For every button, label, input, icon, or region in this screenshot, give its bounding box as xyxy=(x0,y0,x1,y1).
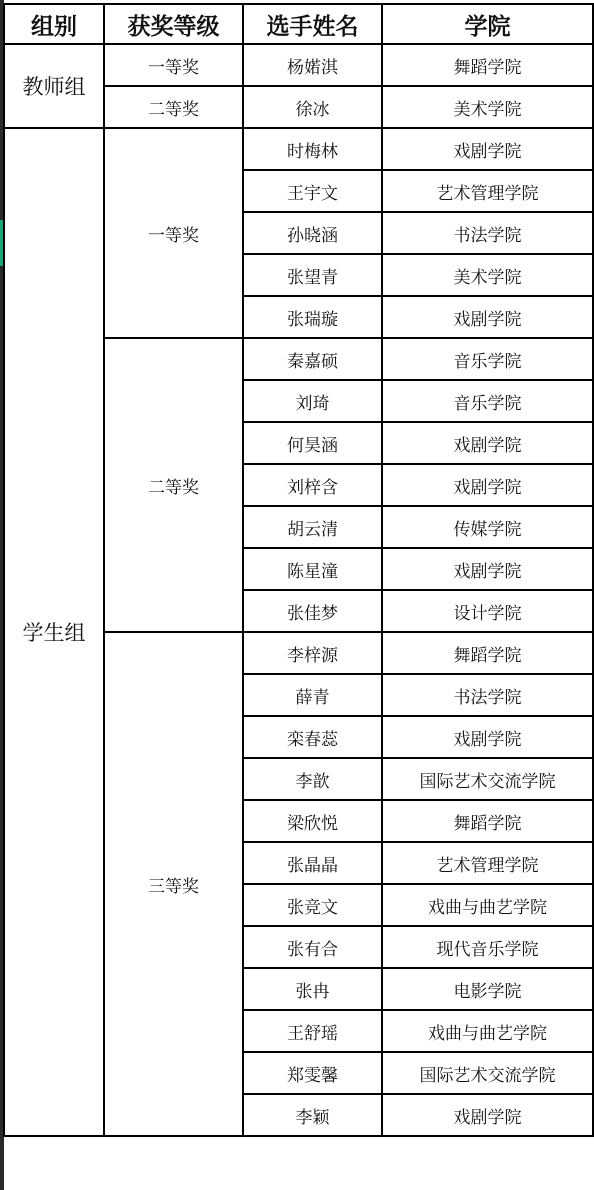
college-cell: 戏曲与曲艺学院 xyxy=(382,884,593,926)
college-cell: 戏剧学院 xyxy=(382,1094,593,1136)
name-cell: 李歆 xyxy=(243,758,382,800)
name-cell: 郑雯馨 xyxy=(243,1052,382,1094)
college-cell: 国际艺术交流学院 xyxy=(382,758,593,800)
level-cell: 二等奖 xyxy=(104,86,243,128)
group-cell-student: 学生组 xyxy=(4,128,104,1136)
header-college: 学院 xyxy=(382,4,593,44)
name-cell: 陈星潼 xyxy=(243,548,382,590)
college-cell: 舞蹈学院 xyxy=(382,44,593,86)
table-row: 学生组 一等奖 时梅林 戏剧学院 xyxy=(4,128,593,170)
college-cell: 美术学院 xyxy=(382,254,593,296)
college-cell: 美术学院 xyxy=(382,86,593,128)
college-cell: 国际艺术交流学院 xyxy=(382,1052,593,1094)
name-cell: 薛青 xyxy=(243,674,382,716)
name-cell: 张佳梦 xyxy=(243,590,382,632)
name-cell: 张有合 xyxy=(243,926,382,968)
name-cell: 张望青 xyxy=(243,254,382,296)
college-cell: 现代音乐学院 xyxy=(382,926,593,968)
college-cell: 戏曲与曲艺学院 xyxy=(382,1010,593,1052)
name-cell: 李梓源 xyxy=(243,632,382,674)
college-cell: 舞蹈学院 xyxy=(382,800,593,842)
name-cell: 秦嘉硕 xyxy=(243,338,382,380)
college-cell: 戏剧学院 xyxy=(382,422,593,464)
name-cell: 徐冰 xyxy=(243,86,382,128)
name-cell: 梁欣悦 xyxy=(243,800,382,842)
header-contestant-name: 选手姓名 xyxy=(243,4,382,44)
name-cell: 张冉 xyxy=(243,968,382,1010)
college-cell: 艺术管理学院 xyxy=(382,842,593,884)
name-cell: 刘琦 xyxy=(243,380,382,422)
level-cell: 二等奖 xyxy=(104,338,243,632)
college-cell: 戏剧学院 xyxy=(382,464,593,506)
header-group: 组别 xyxy=(4,4,104,44)
college-cell: 设计学院 xyxy=(382,590,593,632)
college-cell: 戏剧学院 xyxy=(382,296,593,338)
name-cell: 孙晓涵 xyxy=(243,212,382,254)
name-cell: 时梅林 xyxy=(243,128,382,170)
name-cell: 杨婼淇 xyxy=(243,44,382,86)
college-cell: 书法学院 xyxy=(382,674,593,716)
name-cell: 胡云清 xyxy=(243,506,382,548)
college-cell: 音乐学院 xyxy=(382,380,593,422)
name-cell: 王宇文 xyxy=(243,170,382,212)
name-cell: 李颖 xyxy=(243,1094,382,1136)
awards-table: 组别 获奖等级 选手姓名 学院 教师组 一等奖 杨婼淇 舞蹈学院 二等奖 徐冰 … xyxy=(3,3,594,1137)
name-cell: 张竞文 xyxy=(243,884,382,926)
name-cell: 王舒瑶 xyxy=(243,1010,382,1052)
college-cell: 音乐学院 xyxy=(382,338,593,380)
college-cell: 舞蹈学院 xyxy=(382,632,593,674)
college-cell: 戏剧学院 xyxy=(382,128,593,170)
college-cell: 电影学院 xyxy=(382,968,593,1010)
college-cell: 传媒学院 xyxy=(382,506,593,548)
table-row: 教师组 一等奖 杨婼淇 舞蹈学院 xyxy=(4,44,593,86)
name-cell: 张晶晶 xyxy=(243,842,382,884)
header-award-level: 获奖等级 xyxy=(104,4,243,44)
name-cell: 刘梓含 xyxy=(243,464,382,506)
college-cell: 艺术管理学院 xyxy=(382,170,593,212)
header-row: 组别 获奖等级 选手姓名 学院 xyxy=(4,4,593,44)
level-cell: 一等奖 xyxy=(104,44,243,86)
name-cell: 何昊涵 xyxy=(243,422,382,464)
name-cell: 栾春蕊 xyxy=(243,716,382,758)
college-cell: 戏剧学院 xyxy=(382,716,593,758)
name-cell: 张瑞璇 xyxy=(243,296,382,338)
level-cell: 三等奖 xyxy=(104,632,243,1136)
level-cell: 一等奖 xyxy=(104,128,243,338)
group-cell-teacher: 教师组 xyxy=(4,44,104,128)
college-cell: 书法学院 xyxy=(382,212,593,254)
college-cell: 戏剧学院 xyxy=(382,548,593,590)
